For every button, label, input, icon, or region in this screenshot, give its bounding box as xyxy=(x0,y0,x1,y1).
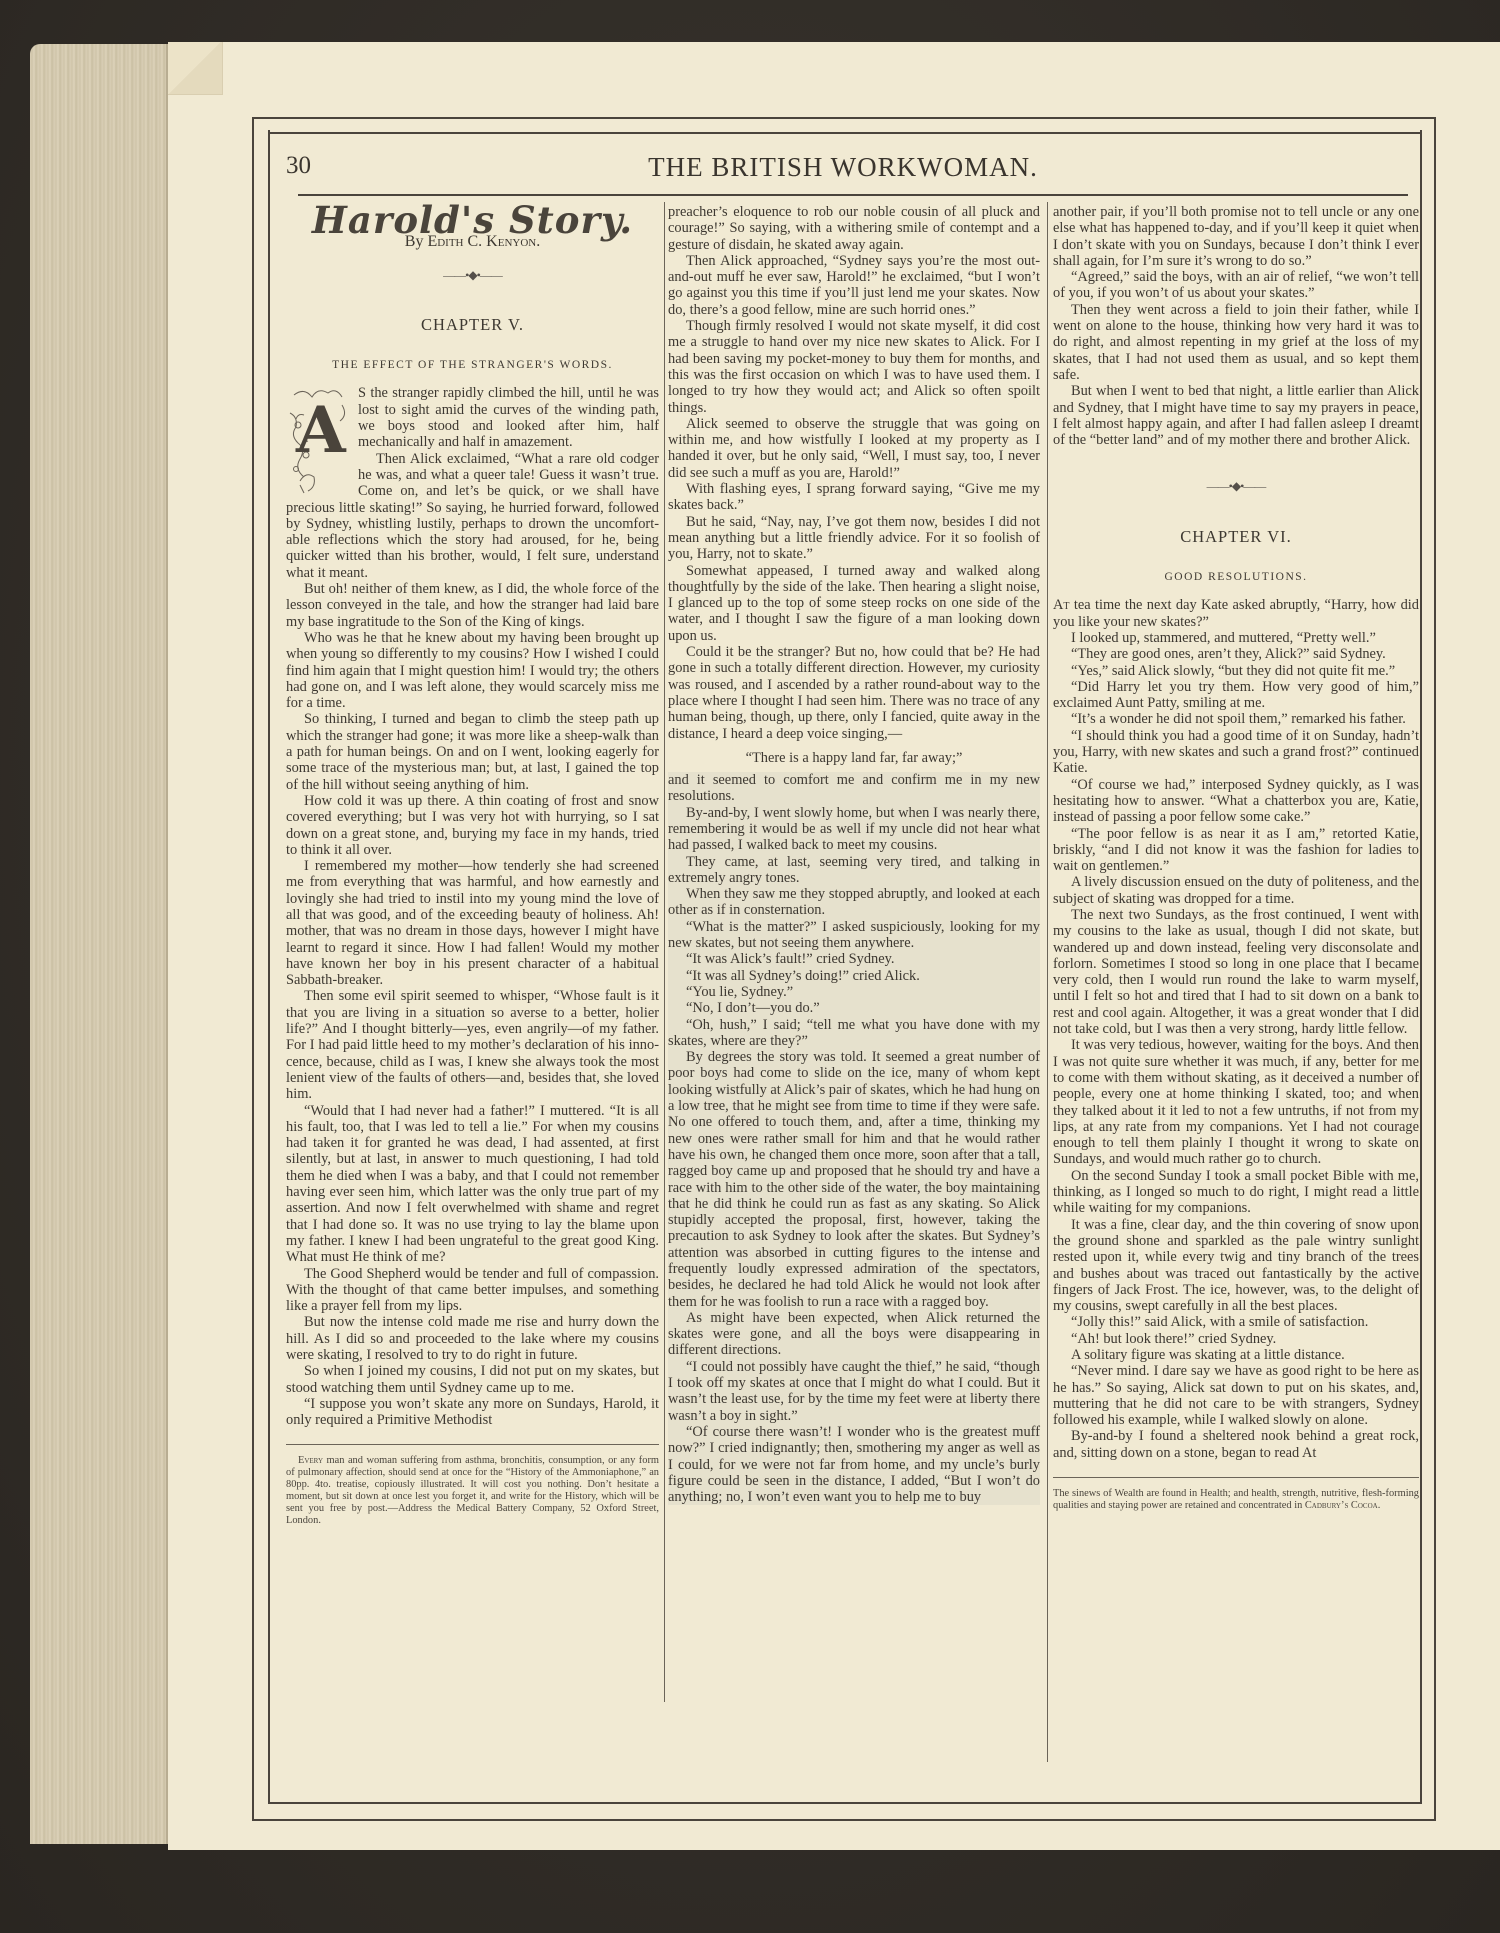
paragraph: It was very tedious, however, waiting fo… xyxy=(1053,1037,1419,1167)
hymn-quotation: “There is a happy land far, far away;” xyxy=(668,750,1040,766)
chapter-subheading: GOOD RESOLUTIONS. xyxy=(1053,569,1419,585)
advertisement-rule xyxy=(1053,1477,1419,1478)
paragraph: “It was Alick’s fault!” cried Sydney. xyxy=(668,951,1040,967)
paragraph: Then some evil spirit seemed to whisper,… xyxy=(286,988,659,1102)
paragraph: “Jolly this!” said Alick, with a smile o… xyxy=(1053,1314,1419,1330)
column-middle: preacher’s eloquence to rob our noble co… xyxy=(668,204,1040,1505)
paragraph: “Yes,” said Alick slowly, “but they did … xyxy=(1053,663,1419,679)
paragraph: By-and-by I found a sheltered nook behin… xyxy=(1053,1428,1419,1461)
paragraph: “I could not possibly have caught the th… xyxy=(668,1359,1040,1424)
shaded-region: and it seemed to comfort me and confirm … xyxy=(668,772,1040,1505)
column-right: another pair, if you’ll both promise not… xyxy=(1053,204,1419,1512)
paragraph: preacher’s eloquence to rob our noble co… xyxy=(668,204,1040,253)
paragraph: “It’s a wonder he did not spoil them,” r… xyxy=(1053,711,1419,727)
paragraph: Somewhat appeased, I turned away and wal… xyxy=(668,563,1040,644)
advertisement-ammoniaphone: Every man and woman suffering from asthm… xyxy=(286,1455,659,1527)
paragraph: “Oh, hush,” I said; “tell me what you ha… xyxy=(668,1017,1040,1050)
paragraph: “Would that I had never had a father!” I… xyxy=(286,1103,659,1266)
paragraph: “Of course there wasn’t! I wonder who is… xyxy=(668,1424,1040,1505)
column-left: Harold's Story. By Edith C. Kenyon. ——•◆… xyxy=(286,204,659,1527)
opening-paragraph: A S the stranger rapidly climbed the hil… xyxy=(286,385,659,450)
story-title: Harold's Story. xyxy=(286,212,659,228)
chapter-heading: CHAPTER VI. xyxy=(1053,529,1419,545)
paragraph-text: tea time the next day Kate asked abruptl… xyxy=(1053,597,1419,629)
ad-lead-word: Every xyxy=(298,1455,323,1466)
page-corner-fold xyxy=(168,42,223,95)
paragraph: But now the intense cold made me rise an… xyxy=(286,1314,659,1363)
byline-prefix: By xyxy=(405,233,428,250)
paragraph: “I should think you had a good time of i… xyxy=(1053,728,1419,777)
paragraph: “Of course we had,” interposed Sydney qu… xyxy=(1053,777,1419,826)
dropcap-letter: A xyxy=(296,399,346,463)
paragraph: How cold it was up there. A thin coating… xyxy=(286,793,659,858)
divider-ornament: ——•◆•—— xyxy=(1053,478,1419,494)
paragraph: “What is the matter?” I asked suspicious… xyxy=(668,919,1040,952)
paragraph: A solitary figure was skating at a littl… xyxy=(1053,1347,1419,1363)
paragraph: “You lie, Sydney.” xyxy=(668,984,1040,1000)
paragraph: By degrees the story was told. It seemed… xyxy=(668,1049,1040,1310)
chapter-heading: CHAPTER V. xyxy=(286,317,659,333)
advertisement-rule xyxy=(286,1444,659,1445)
paragraph: So thinking, I turned and began to climb… xyxy=(286,711,659,792)
paragraph: Then Alick approached, “Sydney says you’… xyxy=(668,253,1040,318)
paragraph: “Agreed,” said the boys, with an air of … xyxy=(1053,269,1419,302)
author-name: Edith C. Kenyon. xyxy=(427,233,540,250)
paragraph: I remembered my mother—how tenderly she … xyxy=(286,858,659,988)
illuminated-dropcap: A xyxy=(286,385,352,495)
paragraph: But oh! neither of them knew, as I did, … xyxy=(286,581,659,630)
paragraph: As might have been expected, when Alick … xyxy=(668,1310,1040,1359)
paragraph: “No, I don’t—you do.” xyxy=(668,1000,1040,1016)
ad-brand: Cadbury’s Cocoa. xyxy=(1305,1500,1380,1511)
paragraph: Could it be the stranger? But no, how co… xyxy=(668,644,1040,742)
paragraph: So when I joined my cousins, I did not p… xyxy=(286,1363,659,1396)
lead-smallcaps: At xyxy=(1053,597,1070,613)
page-header: 30 THE BRITISH WORKWOMAN. xyxy=(278,148,1408,188)
paragraph: “Never mind. I dare say we have as good … xyxy=(1053,1363,1419,1428)
paragraph: They came, at last, seeming very tired, … xyxy=(668,854,1040,887)
paragraph: Alick seemed to observe the struggle tha… xyxy=(668,416,1040,481)
paragraph: The Good Shepherd would be tender and fu… xyxy=(286,1266,659,1315)
paragraph: “Ah! but look there!” cried Sydney. xyxy=(1053,1331,1419,1347)
paragraph: Though firmly resolved I would not skate… xyxy=(668,318,1040,416)
header-rule xyxy=(298,194,1408,196)
paragraph: By-and-by, I went slowly home, but when … xyxy=(668,805,1040,854)
divider-ornament: ——•◆•—— xyxy=(286,267,659,283)
paragraph: “It was all Sydney’s doing!” cried Alick… xyxy=(668,968,1040,984)
paragraph: Then they went across a field to join th… xyxy=(1053,302,1419,383)
paragraph: But he said, “Nay, nay, I’ve got them no… xyxy=(668,514,1040,563)
paragraph: “I suppose you won’t skate any more on S… xyxy=(286,1396,659,1429)
paragraph: It was a fine, clear day, and the thin c… xyxy=(1053,1217,1419,1315)
paragraph: and it seemed to comfort me and confirm … xyxy=(668,772,1040,805)
paragraph: “Did Harry let you try them. How very go… xyxy=(1053,679,1419,712)
paragraph: “They are good ones, aren’t they, Alick?… xyxy=(1053,646,1419,662)
paragraph: A lively discussion ensued on the duty o… xyxy=(1053,874,1419,907)
advertisement-cadbury: The sinews of Wealth are found in Health… xyxy=(1053,1488,1419,1512)
chapter-subheading: THE EFFECT OF THE STRANGER'S WORDS. xyxy=(286,357,659,373)
running-title: THE BRITISH WORKWOMAN. xyxy=(278,152,1408,183)
book-page-edges xyxy=(30,44,168,1844)
ad-text: man and woman suffering from asthma, bro… xyxy=(286,1455,659,1526)
paragraph: With flashing eyes, I sprang forward say… xyxy=(668,481,1040,514)
paragraph: But when I went to bed that night, a lit… xyxy=(1053,383,1419,448)
paragraph: On the second Sunday I took a small pock… xyxy=(1053,1168,1419,1217)
magazine-page: 30 THE BRITISH WORKWOMAN. Harold's Story… xyxy=(168,42,1500,1850)
paragraph: Who was he that he knew about my having … xyxy=(286,630,659,711)
column-divider xyxy=(664,202,665,1702)
paragraph: I looked up, stammered, and muttered, “P… xyxy=(1053,630,1419,646)
paragraph: another pair, if you’ll both promise not… xyxy=(1053,204,1419,269)
paragraph: When they saw me they stopped abruptly, … xyxy=(668,886,1040,919)
paragraph: “The poor fellow is as near it as I am,”… xyxy=(1053,826,1419,875)
paragraph: At tea time the next day Kate asked abru… xyxy=(1053,597,1419,630)
paragraph: The next two Sundays, as the frost conti… xyxy=(1053,907,1419,1037)
column-divider xyxy=(1047,202,1048,1762)
